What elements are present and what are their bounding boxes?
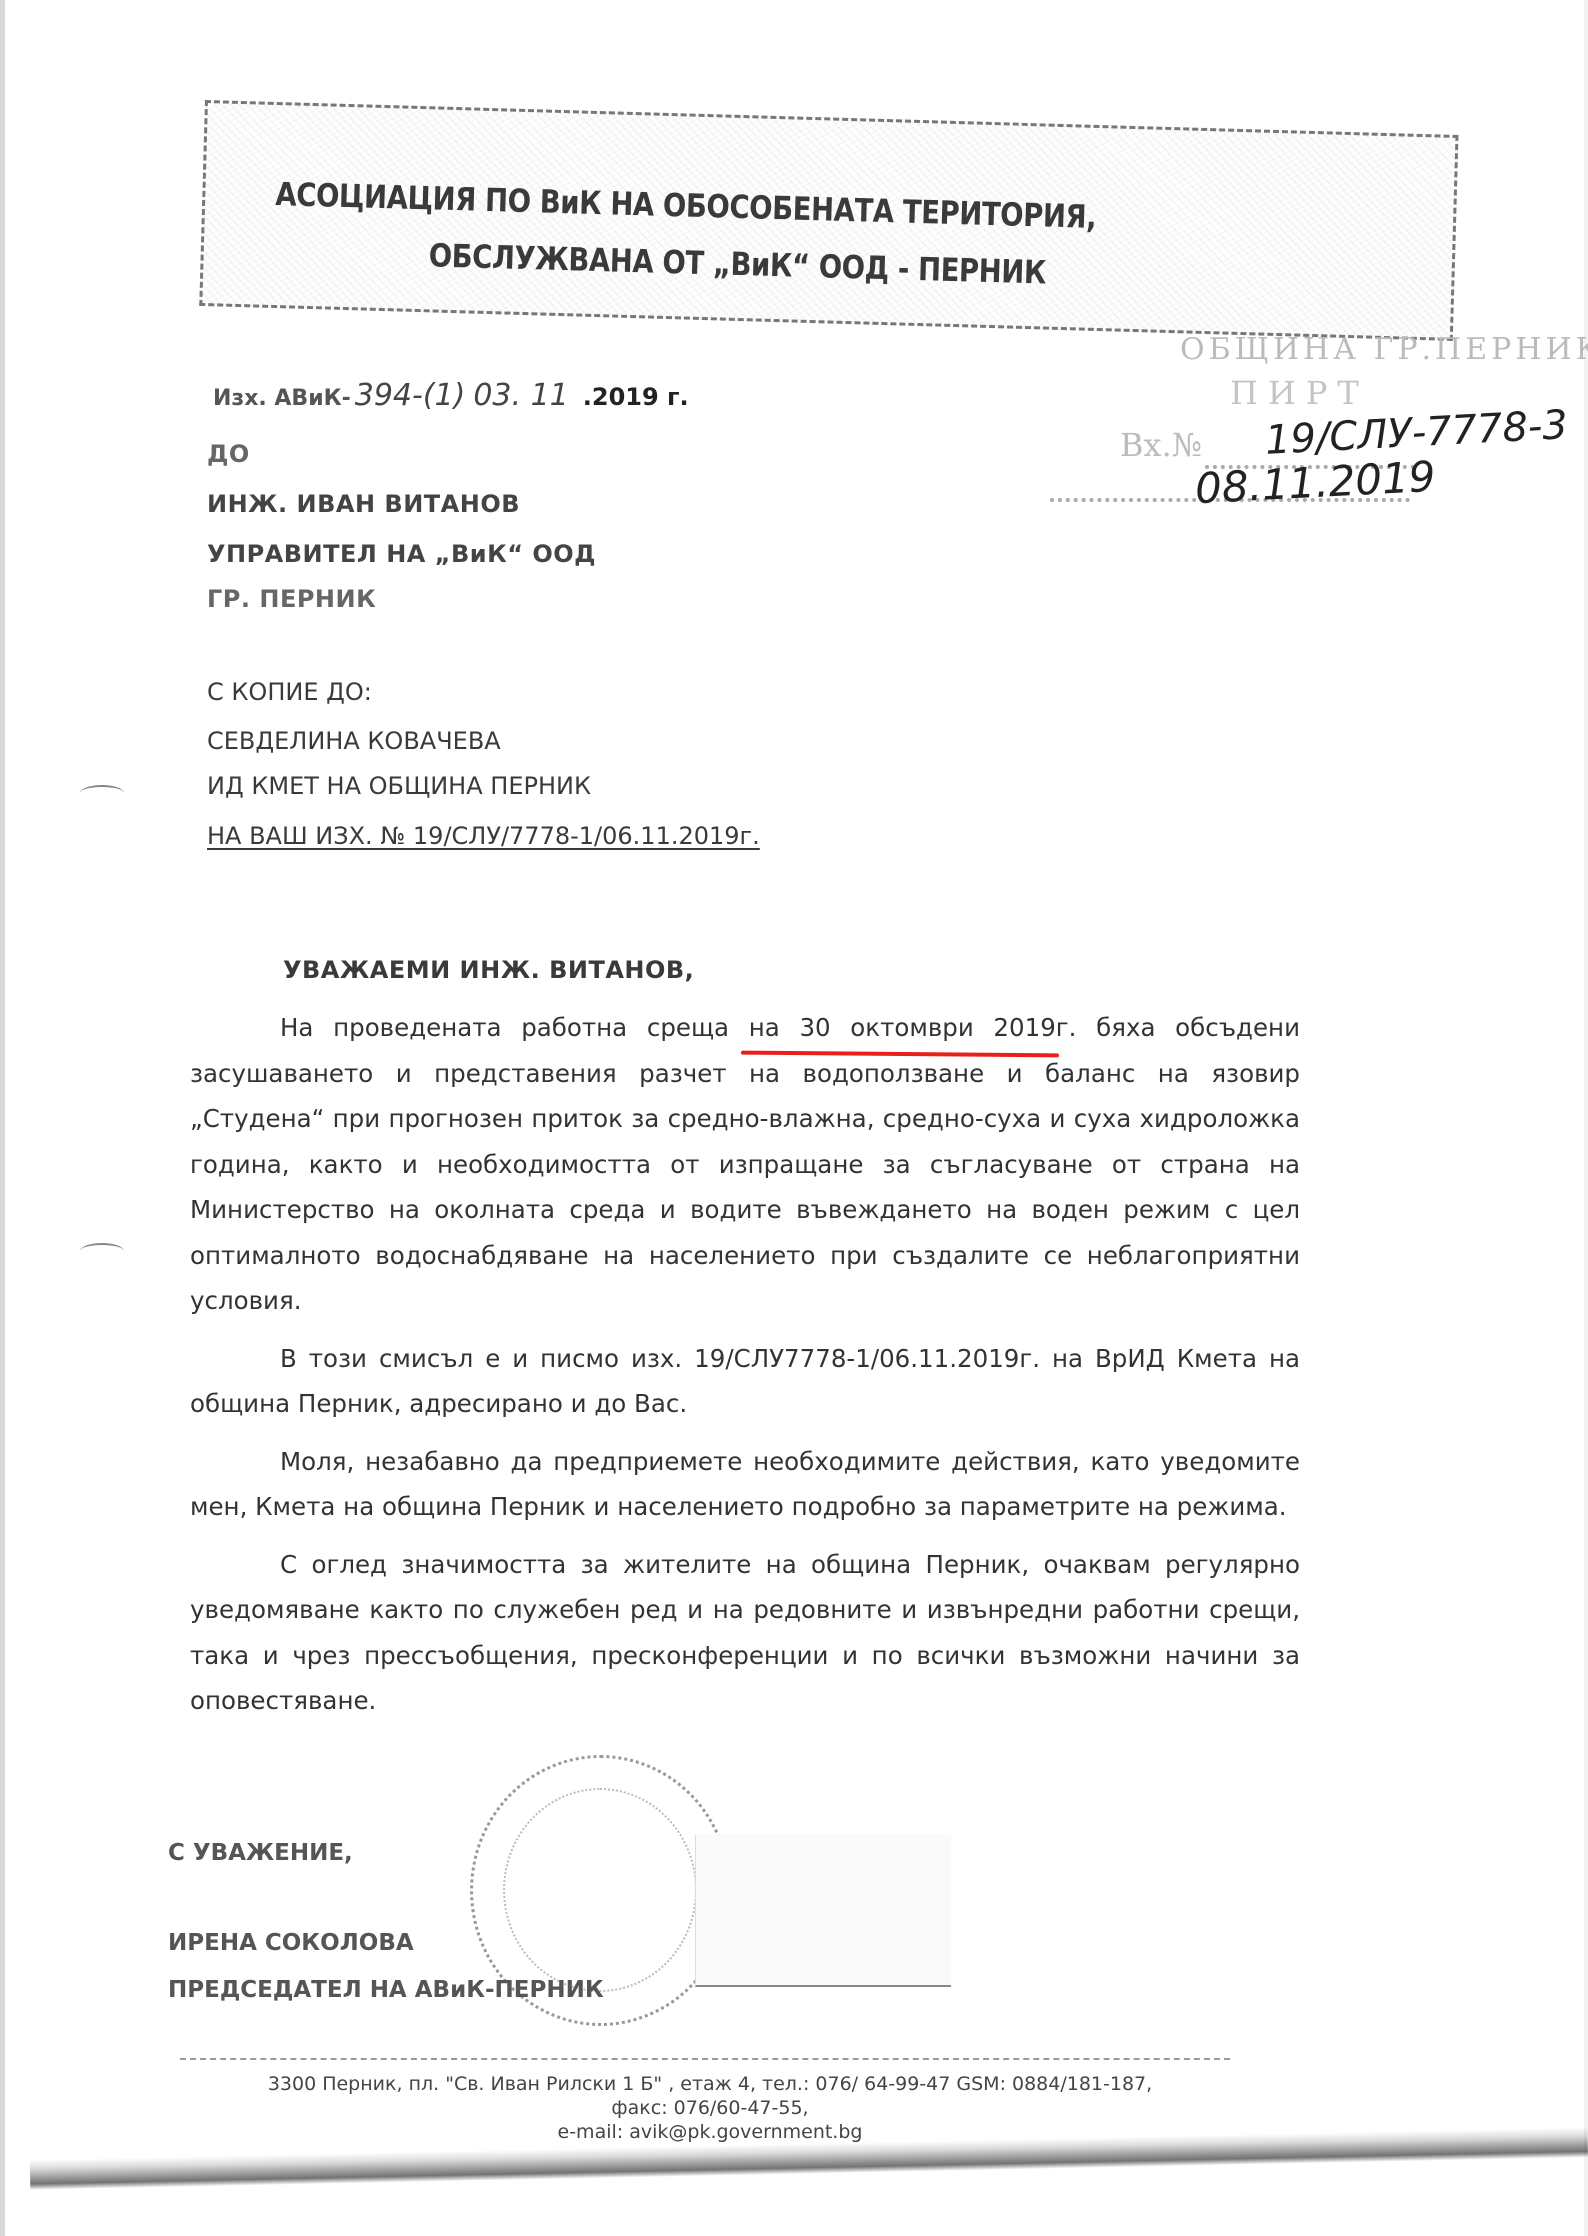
to-label: ДО [207,440,250,468]
punch-hole-mark [80,785,124,801]
signer-name: ИРЕНА СОКОЛОВА [168,1930,414,1956]
outgoing-reference: Изх. АВиК-394-(1)03. 11.2019 г. [213,378,689,413]
letterhead-line-2: ОБСЛУЖВАНА ОТ „ВиК“ ООД - ПЕРНИК [428,236,1046,291]
footer-address: 3300 Перник, пл. "Св. Иван Рилски 1 Б" ,… [180,2072,1240,2096]
copy-to-position: ИД КМЕТ НА ОБЩИНА ПЕРНИК [207,772,591,800]
signer-title: ПРЕДСЕДАТЕЛ НА АВиК-ПЕРНИК [168,1977,604,2003]
redacted-signature [695,1835,951,1987]
copy-to-label: С КОПИЕ ДО: [207,678,372,706]
stamp-office: ПИРТ [1230,374,1369,412]
recipient-city: ГР. ПЕРНИК [207,585,376,613]
paragraph: С оглед значимостта за жителите на общин… [190,1542,1300,1724]
outgoing-day-month: 03. 11 [473,378,568,413]
letter-body: На проведената работна среща на 30 октом… [190,1005,1300,1736]
footer-divider [180,2058,1230,2060]
copy-to-reference: НА ВАШ ИЗХ. № 19/СЛУ/7778-1/06.11.2019г. [207,822,760,850]
footer-fax: факс: 076/60-47-55, [180,2096,1240,2120]
stamp-org: ОБЩИНА ГР.ПЕРНИК [1180,332,1588,367]
letterhead-stamp: АСОЦИАЦИЯ ПО ВиК НА ОБОСОБЕНАТА ТЕРИТОРИ… [199,100,1458,341]
outgoing-prefix: Изх. АВиК- [213,386,351,411]
recipient-position: УПРАВИТЕЛ НА „ВиК“ ООД [207,540,596,568]
punch-hole-mark [80,1243,124,1259]
paragraph: В този смисъл е и писмо изх. 19/СЛУ7778-… [190,1336,1300,1427]
closing-regards: С УВАЖЕНИЕ, [168,1840,353,1866]
outgoing-year: .2019 г. [583,383,689,411]
salutation: УВАЖАЕМИ ИНЖ. ВИТАНОВ, [283,956,694,984]
outgoing-number: 394-(1) [355,378,466,413]
stamp-label: Вх.№ [1120,426,1202,464]
recipient-name: ИНЖ. ИВАН ВИТАНОВ [207,490,520,518]
copy-to-name: СЕВДЕЛИНА КОВАЧЕВА [207,727,501,755]
footer-contacts: 3300 Перник, пл. "Св. Иван Рилски 1 Б" ,… [180,2072,1240,2144]
paragraph: Моля, незабавно да предприемете необходи… [190,1439,1300,1530]
letterhead-line-1: АСОЦИАЦИЯ ПО ВиК НА ОБОСОБЕНАТА ТЕРИТОРИ… [275,175,1097,236]
scan-edge-left [0,0,5,2236]
seal-inner-ring [503,1788,697,1992]
